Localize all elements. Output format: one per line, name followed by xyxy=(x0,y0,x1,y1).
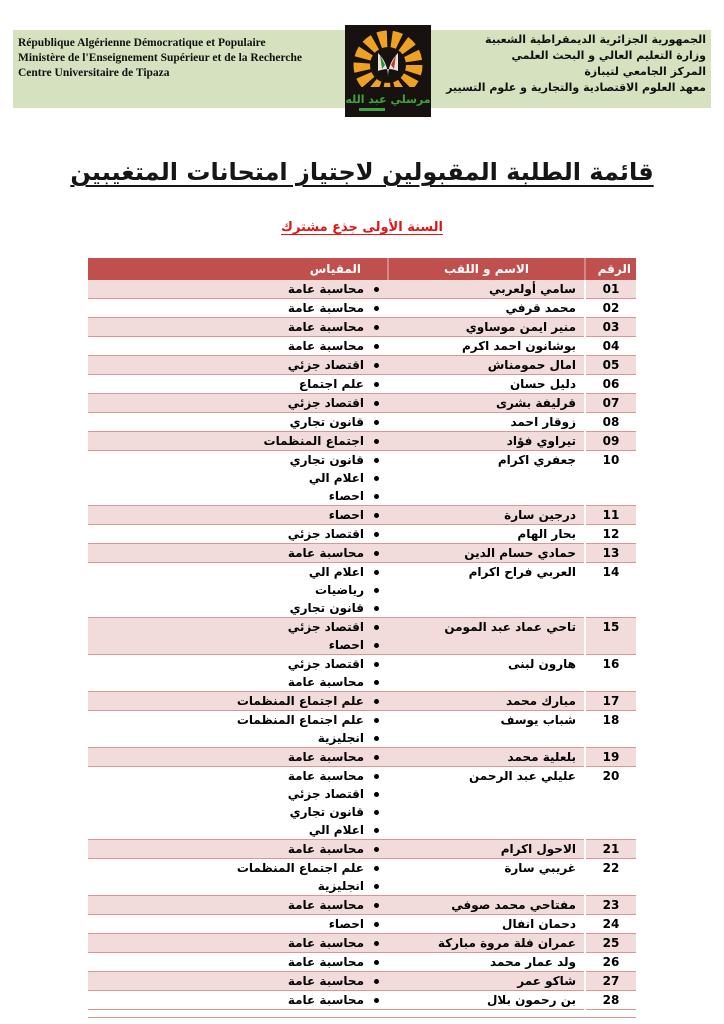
student-modules: محاسبة عامة xyxy=(88,991,388,1010)
page-subtitle: السنة الأولى جذع مشترك xyxy=(0,220,724,235)
student-name: جعفري اكرام xyxy=(388,451,585,506)
student-modules: محاسبة عامة xyxy=(88,748,388,767)
student-number: 05 xyxy=(585,356,636,375)
table-row: 02محمد قرفيمحاسبة عامة xyxy=(88,299,636,318)
student-number: 04 xyxy=(585,337,636,356)
module-item: اقتصاد جزئي xyxy=(88,655,388,673)
student-number: 20 xyxy=(585,767,636,840)
table-row: 25عمران فلة مروة مباركةمحاسبة عامة xyxy=(88,934,636,953)
table-row: 19بلعلية محمدمحاسبة عامة xyxy=(88,748,636,767)
students-table: الرقم الاسم و اللقب المقياس 01سامي أولعر… xyxy=(88,258,636,1018)
module-item: محاسبة عامة xyxy=(88,767,388,785)
student-name: سامي أولعربي xyxy=(388,280,585,299)
document-page: République Algérienne Démocratique et Po… xyxy=(0,0,724,1024)
table-row: 23مفتاحي محمد صوفيمحاسبة عامة xyxy=(88,896,636,915)
table-spacer-row xyxy=(88,1010,636,1018)
module-item: محاسبة عامة xyxy=(88,991,388,1009)
module-item: قانون تجاري xyxy=(88,599,388,617)
header-french-line3: Centre Universitaire de Tipaza xyxy=(18,66,348,81)
header-french-line1: République Algérienne Démocratique et Po… xyxy=(18,36,348,51)
student-modules: علم اجتماع المنظماتانجليزية xyxy=(88,711,388,748)
table-row: 20عليلي عبد الرحمنمحاسبة عامةاقتصاد جزئي… xyxy=(88,767,636,840)
column-header-number: الرقم xyxy=(585,258,636,280)
student-modules: محاسبة عامة xyxy=(88,299,388,318)
header-arabic-line3: المركز الجامعي لتيبازة xyxy=(446,64,706,80)
module-item: اقتصاد جزئي xyxy=(88,394,388,412)
student-modules: محاسبة عامة xyxy=(88,318,388,337)
module-item: محاسبة عامة xyxy=(88,318,388,336)
module-item: اعلام الي xyxy=(88,821,388,839)
student-modules: علم اجتماع المنظماتانجليزية xyxy=(88,859,388,896)
student-number: 17 xyxy=(585,692,636,711)
module-item: احصاء xyxy=(88,506,388,524)
student-modules: محاسبة عامة xyxy=(88,896,388,915)
student-number: 19 xyxy=(585,748,636,767)
student-number: 09 xyxy=(585,432,636,451)
module-item: قانون تجاري xyxy=(88,803,388,821)
student-name: شاكو عمر xyxy=(388,972,585,991)
table-row: 26ولد عمار محمدمحاسبة عامة xyxy=(88,953,636,972)
table-row: 12بحار الهاماقتصاد جزئي xyxy=(88,525,636,544)
student-number: 23 xyxy=(585,896,636,915)
student-modules: احصاء xyxy=(88,506,388,525)
module-item: محاسبة عامة xyxy=(88,748,388,766)
module-item: اقتصاد جزئي xyxy=(88,785,388,803)
table-row: 04بوشانون احمد اكرممحاسبة عامة xyxy=(88,337,636,356)
student-name: بوشانون احمد اكرم xyxy=(388,337,585,356)
student-modules: اجتماع المنظمات xyxy=(88,432,388,451)
table-body: 01سامي أولعربيمحاسبة عامة02محمد قرفيمحاس… xyxy=(88,280,636,1018)
student-number: 26 xyxy=(585,953,636,972)
module-item: محاسبة عامة xyxy=(88,840,388,858)
student-number: 12 xyxy=(585,525,636,544)
module-item: قانون تجاري xyxy=(88,413,388,431)
student-number: 21 xyxy=(585,840,636,859)
student-modules: محاسبة عامة xyxy=(88,840,388,859)
student-name: شباب يوسف xyxy=(388,711,585,748)
module-item: اعلام الي xyxy=(88,563,388,581)
table-row: 03منير ايمن موساويمحاسبة عامة xyxy=(88,318,636,337)
table-row: 27شاكو عمرمحاسبة عامة xyxy=(88,972,636,991)
module-item: احصاء xyxy=(88,636,388,654)
table-row: 11درجين سارةاحصاء xyxy=(88,506,636,525)
student-number: 28 xyxy=(585,991,636,1010)
student-number: 18 xyxy=(585,711,636,748)
student-name: هارون لبنى xyxy=(388,655,585,692)
student-name: بن رحمون بلال xyxy=(388,991,585,1010)
header-arabic-line4: معهد العلوم الاقتصادية والتجارية و علوم … xyxy=(446,80,706,96)
student-number: 10 xyxy=(585,451,636,506)
student-name: عليلي عبد الرحمن xyxy=(388,767,585,840)
student-name: زوقار احمد xyxy=(388,413,585,432)
table-row: 16هارون لبنىاقتصاد جزئيمحاسبة عامة xyxy=(88,655,636,692)
student-name: دحمان انفال xyxy=(388,915,585,934)
student-number: 07 xyxy=(585,394,636,413)
student-name: بلعلية محمد xyxy=(388,748,585,767)
module-item: محاسبة عامة xyxy=(88,934,388,952)
student-modules: محاسبة عامة xyxy=(88,280,388,299)
table-header-row: الرقم الاسم و اللقب المقياس xyxy=(88,258,636,280)
module-item: احصاء xyxy=(88,487,388,505)
student-modules: محاسبة عامة xyxy=(88,337,388,356)
module-item: انجليزية xyxy=(88,877,388,895)
module-item: اقتصاد جزئي xyxy=(88,618,388,636)
student-number: 22 xyxy=(585,859,636,896)
student-modules: محاسبة عامةاقتصاد جزئيقانون تجارياعلام ا… xyxy=(88,767,388,840)
table-row: 21الاحول اكراممحاسبة عامة xyxy=(88,840,636,859)
module-item: اعلام الي xyxy=(88,469,388,487)
student-name: محمد قرفي xyxy=(388,299,585,318)
student-number: 06 xyxy=(585,375,636,394)
module-item: محاسبة عامة xyxy=(88,280,388,298)
module-item: محاسبة عامة xyxy=(88,299,388,317)
student-name: مبارك محمد xyxy=(388,692,585,711)
module-item: انجليزية xyxy=(88,729,388,747)
table-row: 13حمادي حسام الدينمحاسبة عامة xyxy=(88,544,636,563)
student-name: عمران فلة مروة مباركة xyxy=(388,934,585,953)
table-row: 01سامي أولعربيمحاسبة عامة xyxy=(88,280,636,299)
logo-calligraphy-text: مرسلي عبد الله xyxy=(345,93,430,106)
module-item: علم اجتماع المنظمات xyxy=(88,859,388,877)
student-modules: محاسبة عامة xyxy=(88,972,388,991)
module-item: علم اجتماع المنظمات xyxy=(88,692,388,710)
student-modules: قانون تجارياعلام الياحصاء xyxy=(88,451,388,506)
table-row: 05امال حمومناشاقتصاد جزئي xyxy=(88,356,636,375)
table-row: 06دليل حسانعلم اجتماع xyxy=(88,375,636,394)
student-name: تيراوي فؤاد xyxy=(388,432,585,451)
module-item: قانون تجاري xyxy=(88,451,388,469)
student-name: تاحي عماد عبد المومن xyxy=(388,618,585,655)
table-row: 09تيراوي فؤاداجتماع المنظمات xyxy=(88,432,636,451)
university-logo: مرسلي عبد الله xyxy=(345,25,431,117)
module-item: محاسبة عامة xyxy=(88,972,388,990)
module-item: محاسبة عامة xyxy=(88,544,388,562)
module-item: محاسبة عامة xyxy=(88,337,388,355)
student-modules: علم اجتماع xyxy=(88,375,388,394)
student-number: 01 xyxy=(585,280,636,299)
student-name: العربي فراح اكرام xyxy=(388,563,585,618)
student-name: حمادي حسام الدين xyxy=(388,544,585,563)
table-row: 08زوقار احمدقانون تجاري xyxy=(88,413,636,432)
student-name: منير ايمن موساوي xyxy=(388,318,585,337)
student-number: 08 xyxy=(585,413,636,432)
student-name: امال حمومناش xyxy=(388,356,585,375)
student-name: درجين سارة xyxy=(388,506,585,525)
student-modules: اقتصاد جزئي xyxy=(88,356,388,375)
column-header-module: المقياس xyxy=(88,258,388,280)
table-row: 18شباب يوسفعلم اجتماع المنظماتانجليزية xyxy=(88,711,636,748)
student-name: بحار الهام xyxy=(388,525,585,544)
page-title: قائمة الطلبة المقبولين لاجتياز امتحانات … xyxy=(0,158,724,186)
student-number: 15 xyxy=(585,618,636,655)
student-modules: محاسبة عامة xyxy=(88,934,388,953)
student-modules: اقتصاد جزئيمحاسبة عامة xyxy=(88,655,388,692)
student-name: غريبي سارة xyxy=(388,859,585,896)
table-row: 22غريبي سارةعلم اجتماع المنظماتانجليزية xyxy=(88,859,636,896)
student-number: 13 xyxy=(585,544,636,563)
student-number: 14 xyxy=(585,563,636,618)
header-arabic: الجمهورية الجزائرية الديمقراطية الشعبية … xyxy=(446,32,706,96)
student-modules: احصاء xyxy=(88,915,388,934)
table-row: 10جعفري اكرامقانون تجارياعلام الياحصاء xyxy=(88,451,636,506)
student-name: ولد عمار محمد xyxy=(388,953,585,972)
student-number: 25 xyxy=(585,934,636,953)
student-name: الاحول اكرام xyxy=(388,840,585,859)
student-modules: محاسبة عامة xyxy=(88,953,388,972)
student-modules: اقتصاد جزئياحصاء xyxy=(88,618,388,655)
header-arabic-line2: وزارة التعليم العالي و البحث العلمي xyxy=(446,48,706,64)
module-item: محاسبة عامة xyxy=(88,953,388,971)
column-header-name: الاسم و اللقب xyxy=(388,258,585,280)
header-french-line2: Ministère de l'Enseignement Supérieur et… xyxy=(18,51,348,66)
table-row: 28بن رحمون بلالمحاسبة عامة xyxy=(88,991,636,1010)
student-modules: علم اجتماع المنظمات xyxy=(88,692,388,711)
student-name: دليل حسان xyxy=(388,375,585,394)
table-row: 15تاحي عماد عبد المومناقتصاد جزئياحصاء xyxy=(88,618,636,655)
student-number: 03 xyxy=(585,318,636,337)
table-row: 17مبارك محمدعلم اجتماع المنظمات xyxy=(88,692,636,711)
student-modules: اقتصاد جزئي xyxy=(88,394,388,413)
student-modules: قانون تجاري xyxy=(88,413,388,432)
module-item: احصاء xyxy=(88,915,388,933)
module-item: اقتصاد جزئي xyxy=(88,356,388,374)
module-item: محاسبة عامة xyxy=(88,673,388,691)
student-number: 27 xyxy=(585,972,636,991)
student-name: قرليفة بشرى xyxy=(388,394,585,413)
module-item: علم اجتماع المنظمات xyxy=(88,711,388,729)
header-arabic-line1: الجمهورية الجزائرية الديمقراطية الشعبية xyxy=(446,32,706,48)
table-row: 24دحمان انفالاحصاء xyxy=(88,915,636,934)
student-number: 16 xyxy=(585,655,636,692)
student-number: 11 xyxy=(585,506,636,525)
header-french: République Algérienne Démocratique et Po… xyxy=(18,36,348,81)
module-item: اقتصاد جزئي xyxy=(88,525,388,543)
module-item: علم اجتماع xyxy=(88,375,388,393)
student-modules: اعلام اليرياضياتقانون تجاري xyxy=(88,563,388,618)
university-logo-emblem: مرسلي عبد الله xyxy=(345,25,431,117)
student-name: مفتاحي محمد صوفي xyxy=(388,896,585,915)
module-item: رياضيات xyxy=(88,581,388,599)
student-modules: اقتصاد جزئي xyxy=(88,525,388,544)
table-row: 07قرليفة بشرىاقتصاد جزئي xyxy=(88,394,636,413)
student-number: 02 xyxy=(585,299,636,318)
module-item: اجتماع المنظمات xyxy=(88,432,388,450)
module-item: محاسبة عامة xyxy=(88,896,388,914)
student-number: 24 xyxy=(585,915,636,934)
student-modules: محاسبة عامة xyxy=(88,544,388,563)
table-row: 14العربي فراح اكراماعلام اليرياضياتقانون… xyxy=(88,563,636,618)
